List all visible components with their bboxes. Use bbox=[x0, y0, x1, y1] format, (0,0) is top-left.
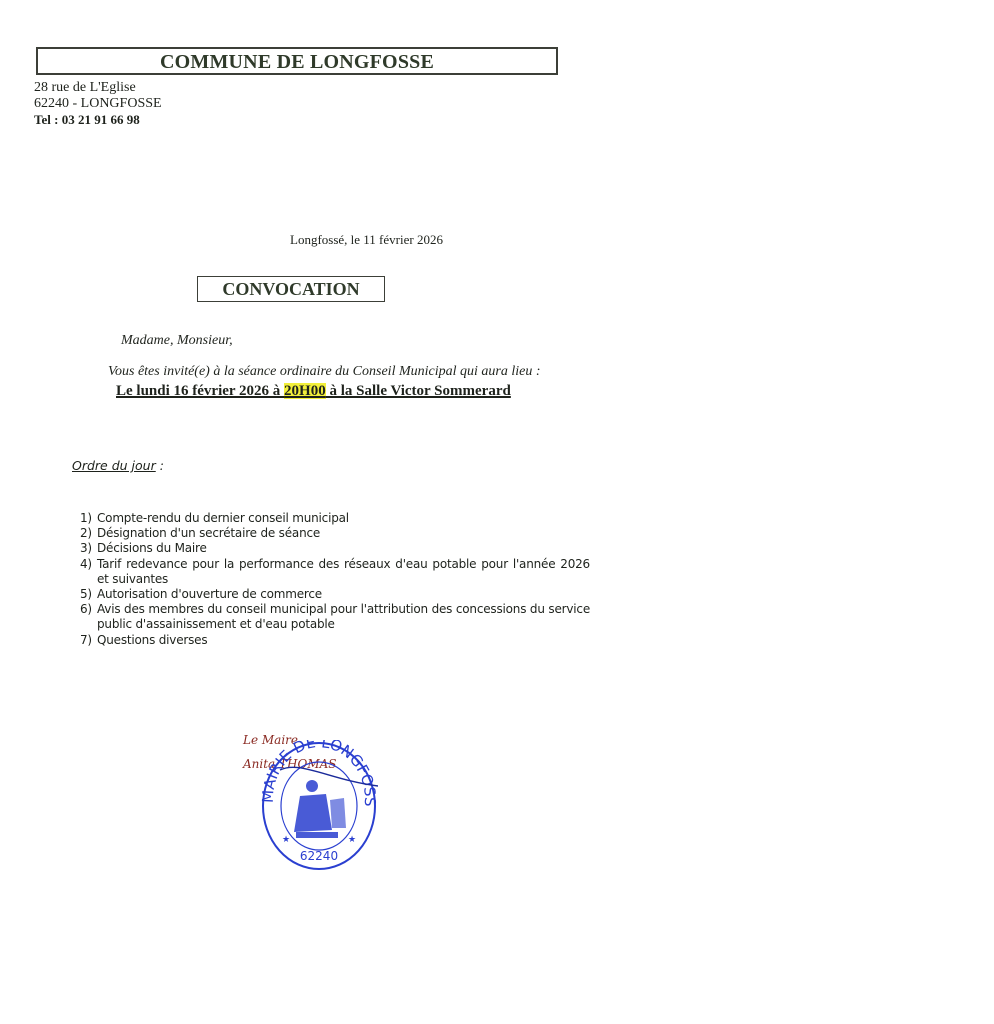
agenda-item-text: Autorisation d'ouverture de commerce bbox=[97, 587, 590, 602]
meeting-details: Le lundi 16 février 2026 à 20H00 à la Sa… bbox=[116, 383, 511, 400]
agenda-item-text: Désignation d'un secrétaire de séance bbox=[97, 526, 590, 541]
agenda-item-text: Tarif redevance pour la performance des … bbox=[97, 557, 590, 587]
agenda-item: 2)Désignation d'un secrétaire de séance bbox=[80, 526, 590, 541]
agenda-item: 5)Autorisation d'ouverture de commerce bbox=[80, 587, 590, 602]
commune-title: COMMUNE DE LONGFOSSE bbox=[160, 51, 434, 73]
svg-text:62240: 62240 bbox=[300, 849, 338, 863]
agenda-item-text: Décisions du Maire bbox=[97, 541, 590, 556]
svg-text:★: ★ bbox=[282, 834, 290, 844]
agenda-item: 7)Questions diverses bbox=[80, 633, 590, 648]
agenda-item: 1)Compte-rendu du dernier conseil munici… bbox=[80, 511, 590, 526]
marianne-figure-icon bbox=[294, 780, 346, 838]
agenda-item-number: 6) bbox=[80, 602, 97, 632]
date-line: Longfossé, le 11 février 2026 bbox=[290, 232, 443, 248]
address-line-2: 62240 - LONGFOSSE bbox=[34, 96, 162, 112]
agenda-heading: Ordre du jour : bbox=[72, 458, 164, 473]
agenda-item-text: Questions diverses bbox=[97, 633, 590, 648]
convocation-box: CONVOCATION bbox=[197, 276, 385, 302]
svg-text:★: ★ bbox=[348, 834, 356, 844]
agenda-item: 6)Avis des membres du conseil municipal … bbox=[80, 602, 590, 632]
agenda-item: 3)Décisions du Maire bbox=[80, 541, 590, 556]
agenda-item-number: 7) bbox=[80, 633, 97, 648]
salutation: Madame, Monsieur, bbox=[121, 333, 233, 349]
mairie-stamp: MAIRIE DE LONGFOSSE ★ ★ 62240 bbox=[260, 740, 378, 872]
address-line-1: 28 rue de L'Eglise bbox=[34, 80, 136, 96]
meeting-time: 20H00 bbox=[284, 383, 326, 399]
agenda-item-number: 2) bbox=[80, 526, 97, 541]
agenda-list: 1)Compte-rendu du dernier conseil munici… bbox=[80, 511, 590, 648]
agenda-item-number: 4) bbox=[80, 557, 97, 587]
agenda-item-text: Compte-rendu du dernier conseil municipa… bbox=[97, 511, 590, 526]
meeting-place: à la Salle Victor Sommerard bbox=[326, 383, 511, 399]
phone-line: Tel : 03 21 91 66 98 bbox=[34, 112, 140, 128]
agenda-item: 4)Tarif redevance pour la performance de… bbox=[80, 557, 590, 587]
agenda-item-number: 5) bbox=[80, 587, 97, 602]
agenda-item-text: Avis des membres du conseil municipal po… bbox=[97, 602, 590, 632]
agenda-item-number: 1) bbox=[80, 511, 97, 526]
meeting-date: Le lundi 16 février 2026 à bbox=[116, 383, 284, 399]
agenda-item-number: 3) bbox=[80, 541, 97, 556]
invitation-text: Vous êtes invité(e) à la séance ordinair… bbox=[108, 364, 541, 380]
convocation-title: CONVOCATION bbox=[222, 279, 359, 299]
commune-header-box: COMMUNE DE LONGFOSSE bbox=[36, 47, 558, 75]
